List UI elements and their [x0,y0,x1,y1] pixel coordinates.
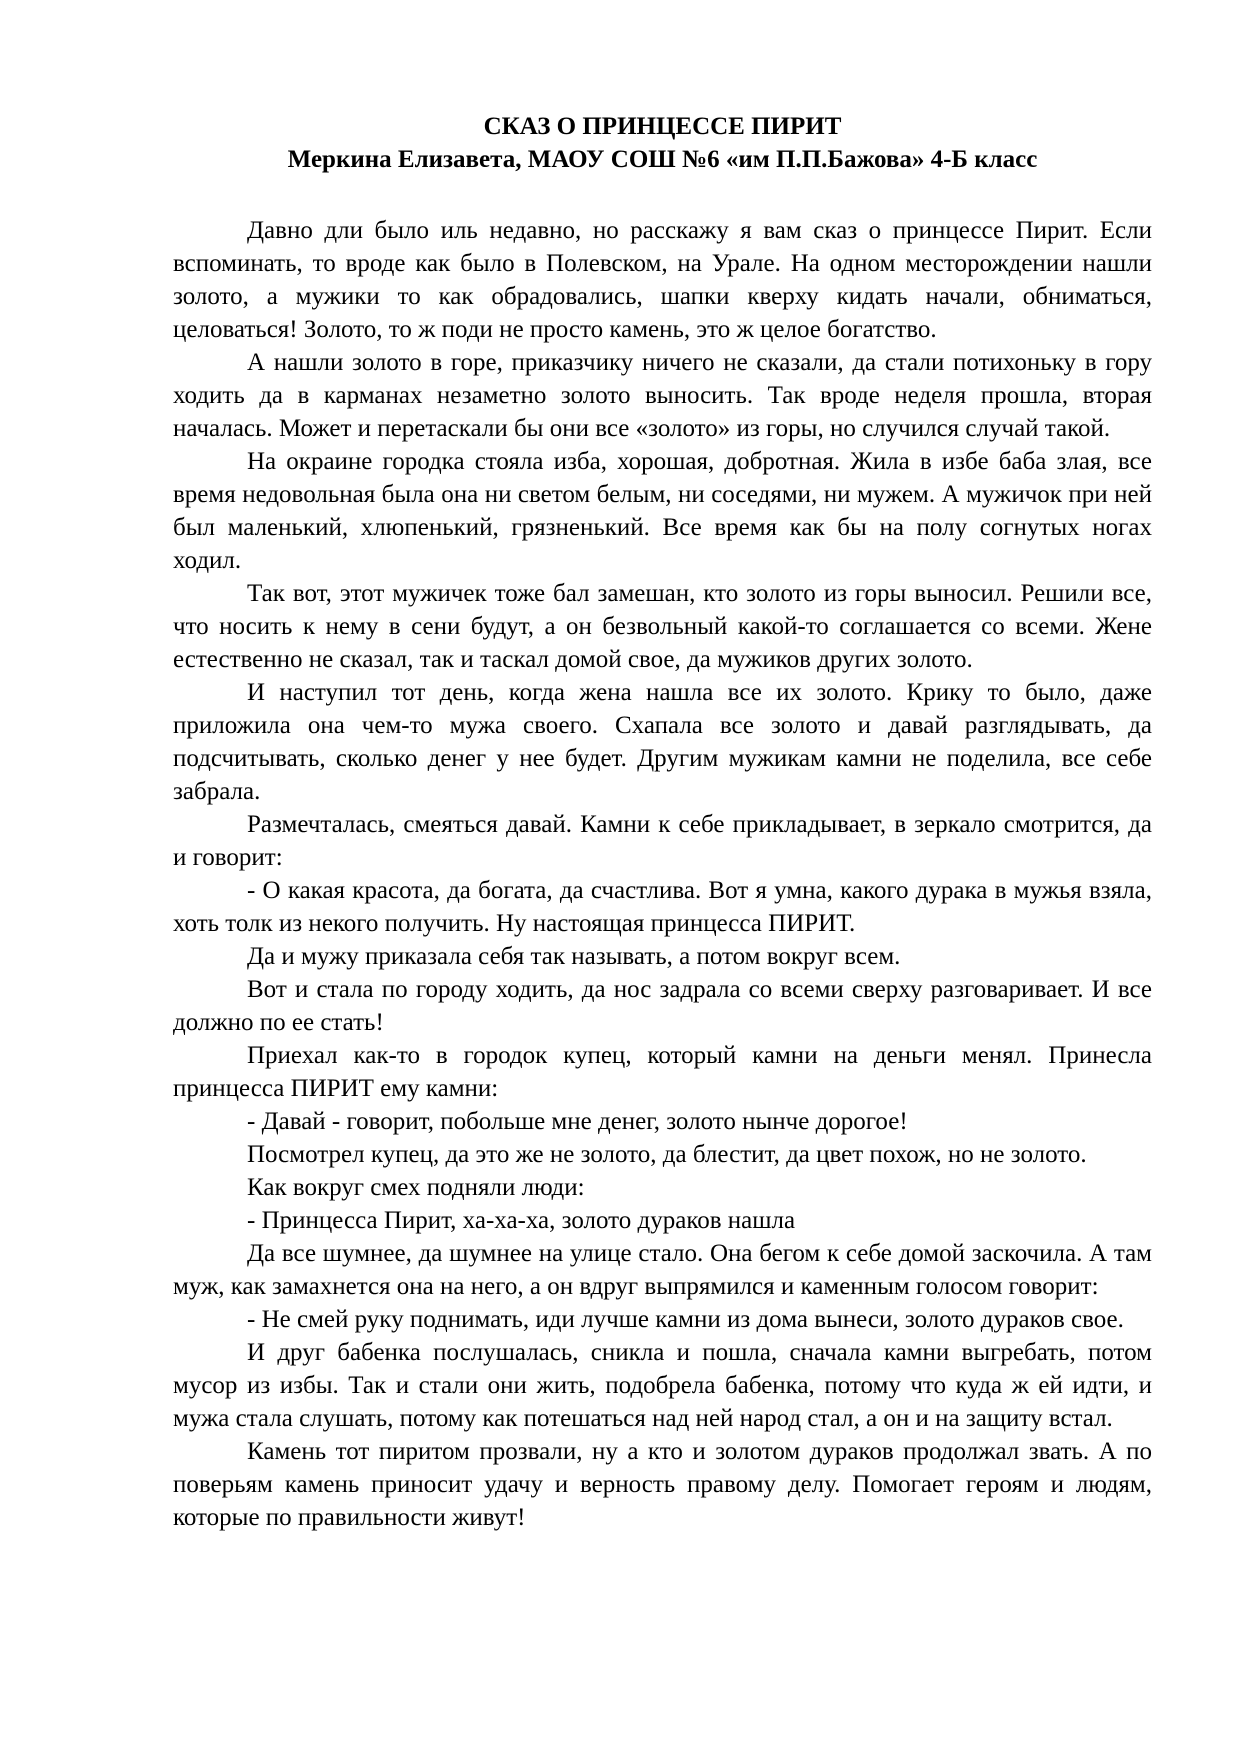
paragraph-5: И наступил тот день, когда жена нашла вс… [173,676,1152,808]
paragraph-2: А нашли золото в горе, приказчику ничего… [173,346,1152,445]
document-author-line: Меркина Елизавета, МАОУ СОШ №6 «им П.П.Б… [173,143,1152,176]
paragraph-6: Размечталась, смеяться давай. Камни к се… [173,808,1152,874]
document-body: Давно дли было иль недавно, но расскажу … [173,214,1152,1534]
paragraph-3: На окраине городка стояла изба, хорошая,… [173,445,1152,577]
paragraph-18: Камень тот пиритом прозвали, ну а кто и … [173,1435,1152,1534]
paragraph-7: - О какая красота, да богата, да счастли… [173,874,1152,940]
paragraph-9: Вот и стала по городу ходить, да нос зад… [173,973,1152,1039]
paragraph-13: Как вокруг смех подняли люди: [173,1171,1152,1204]
document-page: СКАЗ О ПРИНЦЕССЕ ПИРИТ Меркина Елизавета… [0,0,1241,1755]
paragraph-17: И друг бабенка послушалась, сникла и пош… [173,1336,1152,1435]
paragraph-8: Да и мужу приказала себя так называть, а… [173,940,1152,973]
paragraph-15: Да все шумнее, да шумнее на улице стало.… [173,1237,1152,1303]
paragraph-12: Посмотрел купец, да это же не золото, да… [173,1138,1152,1171]
paragraph-10: Приехал как-то в городок купец, который … [173,1039,1152,1105]
paragraph-11: - Давай - говорит, побольше мне денег, з… [173,1105,1152,1138]
paragraph-1: Давно дли было иль недавно, но расскажу … [173,214,1152,346]
paragraph-4: Так вот, этот мужичек тоже бал замешан, … [173,577,1152,676]
paragraph-14: - Принцесса Пирит, ха-ха-ха, золото дура… [173,1204,1152,1237]
document-title: СКАЗ О ПРИНЦЕССЕ ПИРИТ [173,110,1152,143]
paragraph-16: - Не смей руку поднимать, иди лучше камн… [173,1303,1152,1336]
